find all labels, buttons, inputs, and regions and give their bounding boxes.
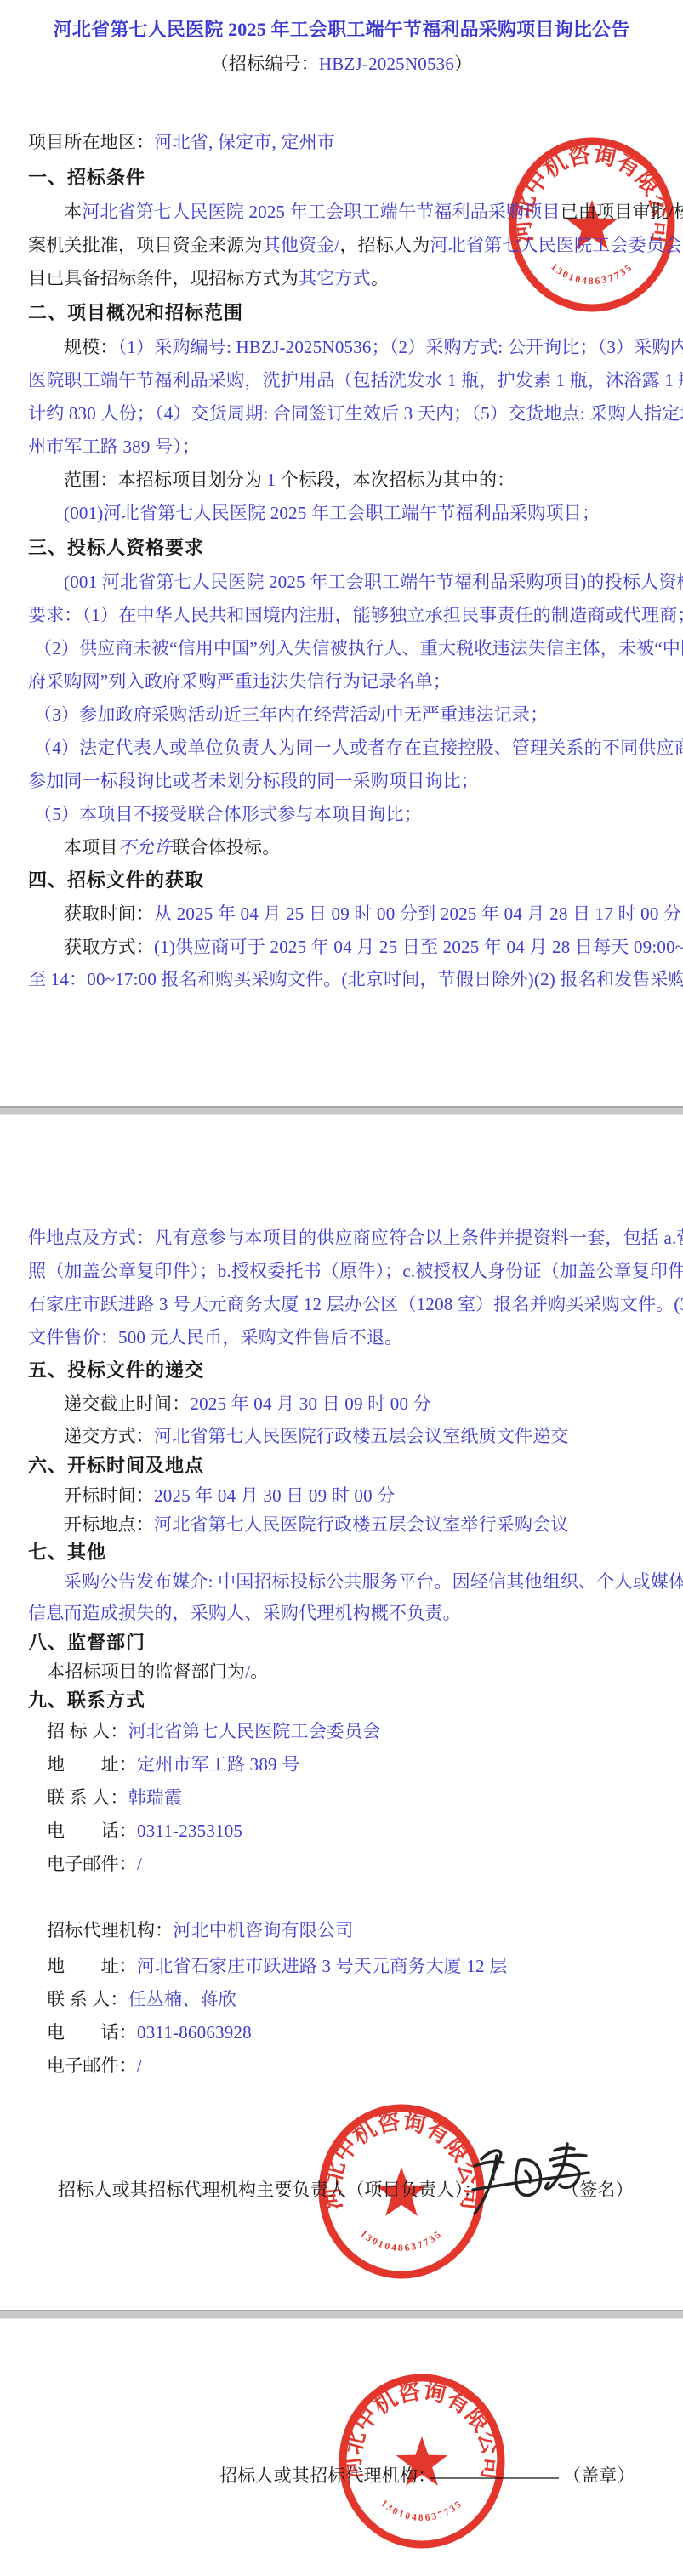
- text-run: （4）法定代表人或单位负责人为同一人或者存在直接控股、管理关系的不同供应商，不得: [34, 738, 683, 758]
- text-run: 信息而造成损失的，采购人、采购代理机构概不负责。: [28, 1603, 461, 1623]
- text-run: 1: [267, 470, 276, 490]
- text-run: （1）采购编号: HBZJ-2025N0536；（2）采购方式: 公开询比；（3…: [118, 337, 683, 357]
- text-line: 电 话：0311-86063928: [47, 2022, 252, 2043]
- text-run: 河北中机咨询有限公司: [173, 1920, 353, 1941]
- text-line: (001)河北省第七人民医院 2025 年工会职工端午节福利品采购项目；: [64, 503, 600, 524]
- text-run: 开标地点：: [64, 1514, 154, 1535]
- text-run: (001)河北省第七人民医院 2025 年工会职工端午节福利品采购项目；: [64, 503, 600, 523]
- text-line: 文件售价：500 元人民币，采购文件售后不退。: [28, 1327, 402, 1348]
- text-line: 电子邮件：/: [47, 1854, 142, 1875]
- text-run: （2）供应商未被“信用中国”列入失信被执行人、重大税收违法失信主体，未被“中国政: [34, 638, 683, 658]
- text-run: （签名）: [561, 2180, 634, 2200]
- text-run: 地 址：: [47, 1956, 137, 1976]
- text-run: 本项目: [64, 837, 118, 858]
- text-run: 一、招标条件: [28, 167, 145, 188]
- text-run: 电 话：: [47, 1821, 137, 1841]
- text-line: 项目所在地区：河北省, 保定市, 定州市: [28, 132, 335, 153]
- text-run: 不允许: [118, 837, 173, 858]
- text-run: 递交方式：: [64, 1426, 154, 1446]
- text-run: 河北省第七人民医院 2025 年工会职工端午节福利品采购项目: [82, 202, 561, 222]
- text-run: 二、项目概况和招标范围: [28, 302, 243, 323]
- company-seal-bottom: 河北中机咨询有限公司 1301048637735: [337, 2372, 507, 2550]
- text-line: 招标代理机构：河北中机咨询有限公司: [47, 1920, 353, 1941]
- text-run: 2025 年 04 月 30 日 09 时 00 分: [154, 1485, 395, 1506]
- text-run: 件地点及方式：凡有意参与本项目的供应商应符合以上条件并提资料一套，包括 a.营业…: [28, 1228, 683, 1248]
- handwritten-signature: [466, 2134, 594, 2219]
- text-run: 电子邮件：: [47, 1854, 137, 1874]
- document-canvas: 河北中机咨询有限公司 1301048637735 河北中机咨询有限公司 1301…: [0, 0, 683, 2576]
- text-run: 采购公告发布媒介: 中国招标投标公共服务平台。因轻信其他组织、个人或媒体提供的: [64, 1571, 683, 1592]
- text-run: 参加同一标段询比或者未划分标段的同一采购项目询比；: [28, 771, 479, 791]
- text-line: 递交方式：河北省第七人民医院行政楼五层会议室纸质文件递交: [64, 1426, 569, 1447]
- text-run: （5）本项目不接受联合体形式参与本项目询比；: [34, 804, 422, 824]
- text-run: 七、其他: [28, 1542, 106, 1563]
- text-run: /: [137, 2055, 142, 2076]
- text-run: (1)供应商可于 2025 年 04 月 25 日至 2025 年 04 月 2…: [154, 937, 683, 957]
- text-line: 获取时间：从 2025 年 04 月 25 日 09 时 00 分到 2025 …: [64, 903, 681, 925]
- text-run: 。: [371, 268, 389, 288]
- text-line: 招 标 人：河北省第七人民医院工会委员会: [47, 1721, 381, 1742]
- text-run: ，招标人为: [339, 235, 430, 255]
- text-line: 本招标项目的监督部门为/。: [47, 1661, 268, 1683]
- text-run: 。: [250, 1661, 268, 1682]
- seal-number-text: 1301048637735: [378, 2499, 464, 2523]
- text-line: 九、联系方式: [28, 1690, 145, 1711]
- seal-number-text: 1301048637735: [549, 262, 635, 287]
- text-run: 其它方式: [299, 268, 371, 288]
- page-separator-2: [0, 2310, 683, 2319]
- text-line: 联 系 人：韩瑞霞: [47, 1787, 182, 1809]
- signature-suffix: （签名）: [561, 2180, 634, 2201]
- text-run: 至 14：00~17:00 报名和购买采购文件。(北京时间，节假日除外)(2) …: [28, 969, 683, 989]
- text-run: 三、投标人资格要求: [28, 537, 204, 558]
- text-run: 医院职工端午节福利品采购，洗护用品（包括洗发水 1 瓶，护发素 1 瓶，沐浴露 …: [28, 370, 683, 390]
- text-line: (001 河北省第七人民医院 2025 年工会职工端午节福利品采购项目)的投标人…: [64, 572, 683, 593]
- signature-strokes: [473, 2144, 589, 2214]
- text-line: 五、投标文件的递交: [28, 1359, 204, 1381]
- text-run: 电子邮件：: [47, 2055, 137, 2076]
- company-seal-top: 河北中机咨询有限公司 1301048637735: [507, 135, 677, 314]
- text-line: （5）本项目不接受联合体形式参与本项目询比；: [34, 804, 422, 825]
- text-run: 已由项目审批/核准/备: [561, 202, 683, 222]
- text-run: 2025 年 04 月 30 日 09 时 00 分: [190, 1393, 430, 1414]
- text-run: 获取方式：: [64, 937, 154, 957]
- text-line: 一、招标条件: [28, 167, 145, 188]
- text-run: 招标人或其招标代理机构：: [219, 2465, 435, 2486]
- text-run: （盖章）: [563, 2465, 635, 2486]
- text-line: 至 14：00~17:00 报名和购买采购文件。(北京时间，节假日除外)(2) …: [28, 969, 683, 990]
- text-run: 获取时间：: [64, 903, 154, 924]
- text-line: 河北省第七人民医院 2025 年工会职工端午节福利品采购项目询比公告: [0, 19, 683, 40]
- text-run: 其他资金/: [263, 235, 340, 255]
- text-line: （3）参加政府采购活动近三年内在经营活动中无严重违法记录；: [34, 704, 548, 726]
- text-run: （招标编号：: [211, 54, 319, 74]
- text-run: 0311-2353105: [137, 1821, 242, 1841]
- text-line: （招标编号：HBZJ-2025N0536）: [0, 54, 683, 75]
- text-line: 石家庄市跃进路 3 号天元商务大厦 12 层办公区（1208 室）报名并购买采购…: [28, 1294, 683, 1315]
- text-line: 件地点及方式：凡有意参与本项目的供应商应符合以上条件并提资料一套，包括 a.营业…: [28, 1228, 683, 1249]
- text-line: 电子邮件：/: [47, 2055, 142, 2077]
- page-separator-1: [0, 1106, 683, 1115]
- text-run: 河北省第七人民医院工会委员会: [430, 235, 682, 255]
- text-line: 照（加盖公章复印件）；b.授权委托书（原件）；c.被授权人身份证（加盖公章复印件…: [28, 1261, 683, 1282]
- text-line: 信息而造成损失的，采购人、采购代理机构概不负责。: [28, 1603, 461, 1624]
- text-line: 本项目不允许联合体投标。: [64, 837, 280, 858]
- text-line: 三、投标人资格要求: [28, 537, 204, 558]
- text-run: 文件售价：500 元人民币，采购文件售后不退。: [28, 1327, 402, 1348]
- text-run: 河北省, 保定市, 定州市: [154, 132, 335, 152]
- text-run: 石家庄市跃进路 3 号天元商务大厦 12 层办公区（1208 室）报名并购买采购…: [28, 1294, 683, 1314]
- seal-number-text: 1301048637735: [358, 2229, 444, 2254]
- text-run: 联 系 人：: [47, 1989, 128, 2009]
- text-run: /: [137, 1854, 142, 1874]
- text-line: （2）供应商未被“信用中国”列入失信被执行人、重大税收违法失信主体，未被“中国政: [34, 638, 683, 659]
- text-run: 韩瑞霞: [128, 1787, 183, 1808]
- text-line: （4）法定代表人或单位负责人为同一人或者存在直接控股、管理关系的不同供应商，不得: [34, 738, 683, 759]
- text-line: 递交截止时间：2025 年 04 月 30 日 09 时 00 分: [64, 1393, 431, 1415]
- text-run: 0311-86063928: [137, 2022, 252, 2043]
- text-run: 河北省第七人民医院行政楼五层会议室纸质文件递交: [154, 1426, 569, 1446]
- text-line: 地 址：河北省石家庄市跃进路 3 号天元商务大厦 12 层: [47, 1956, 508, 1977]
- text-line: 开标时间：2025 年 04 月 30 日 09 时 00 分: [64, 1485, 395, 1507]
- text-run: 计约 830 人份；（4）交货周期: 合同签订生效后 3 天内；（5）交货地点:…: [28, 403, 683, 424]
- text-run: 电 话：: [47, 2022, 137, 2043]
- text-run: 州市军工路 389 号）；: [28, 436, 200, 457]
- text-line: 州市军工路 389 号）；: [28, 436, 200, 458]
- text-line: 联 系 人：任丛楠、蒋欣: [47, 1989, 236, 2010]
- text-run: 四、招标文件的获取: [28, 869, 204, 891]
- text-line: 府采购网”列入政府采购严重违法失信行为记录名单；: [28, 671, 451, 692]
- text-run: 要求：（1）在中华人民共和国境内注册，能够独立承担民事责任的制造商或代理商；: [28, 605, 683, 625]
- text-run: HBZJ-2025N0536: [319, 54, 454, 74]
- text-line: 四、招标文件的获取: [28, 869, 204, 891]
- text-line: 二、项目概况和招标范围: [28, 302, 243, 323]
- text-run: 招标人或其招标代理机构主要负责人（项目负责人）：: [58, 2180, 481, 2200]
- text-run: 范围：本招标项目划分为: [64, 470, 267, 490]
- text-run: 项目所在地区：: [28, 132, 154, 152]
- text-run: 招 标 人：: [47, 1721, 128, 1741]
- text-run: 六、开标时间及地点: [28, 1455, 204, 1476]
- text-run: 八、监督部门: [28, 1632, 145, 1653]
- text-run: 招标代理机构：: [47, 1920, 173, 1941]
- text-run: 定州市军工路 389 号: [137, 1754, 299, 1775]
- text-run: 河北省第七人民医院行政楼五层会议室举行采购会议: [154, 1514, 569, 1535]
- text-line: 七、其他: [28, 1542, 106, 1563]
- text-line: 目已具备招标条件，现招标方式为其它方式。: [28, 268, 389, 289]
- text-run: 开标时间：: [64, 1485, 154, 1506]
- signature-line-label: 招标人或其招标代理机构主要负责人（项目负责人）：: [58, 2180, 481, 2201]
- text-run: 从 2025 年 04 月 25 日 09 时 00 分到 2025 年 04 …: [154, 903, 681, 924]
- text-run: 联合体投标。: [172, 837, 280, 858]
- text-run: （3）参加政府采购活动近三年内在经营活动中无严重违法记录；: [34, 704, 548, 725]
- text-line: 八、监督部门: [28, 1632, 145, 1653]
- text-line: 参加同一标段询比或者未划分标段的同一采购项目询比；: [28, 771, 479, 792]
- text-run: 照（加盖公章复印件）；b.授权委托书（原件）；c.被授权人身份证（加盖公章复印件…: [28, 1261, 683, 1281]
- text-run: 规模：: [64, 337, 118, 357]
- text-run: 地 址：: [47, 1754, 137, 1775]
- text-run: 河北省第七人民医院 2025 年工会职工端午节福利品采购项目询比公告: [54, 19, 630, 40]
- text-line: 规模：（1）采购编号: HBZJ-2025N0536；（2）采购方式: 公开询比…: [64, 337, 683, 358]
- text-run: 本: [64, 202, 82, 222]
- text-run: 任丛楠、蒋欣: [128, 1989, 236, 2009]
- text-line: 本河北省第七人民医院 2025 年工会职工端午节福利品采购项目已由项目审批/核准…: [64, 202, 683, 223]
- text-run: 本招标项目的监督部门为: [47, 1661, 245, 1682]
- text-run: 五、投标文件的递交: [28, 1359, 204, 1381]
- text-run: 九、联系方式: [28, 1690, 145, 1711]
- text-line: 开标地点：河北省第七人民医院行政楼五层会议室举行采购会议: [64, 1514, 569, 1536]
- text-run: 递交截止时间：: [64, 1393, 190, 1414]
- text-line: 案机关批准，项目资金来源为其他资金/，招标人为河北省第七人民医院工会委员会。本项: [28, 235, 683, 256]
- text-run: ）: [454, 54, 472, 74]
- text-line: 地 址：定州市军工路 389 号: [47, 1754, 299, 1775]
- text-line: 范围：本招标项目划分为 1 个标段，本次招标为其中的：: [64, 470, 515, 491]
- text-line: 医院职工端午节福利品采购，洗护用品（包括洗发水 1 瓶，护发素 1 瓶，沐浴露 …: [28, 370, 683, 391]
- text-line: 采购公告发布媒介: 中国招标投标公共服务平台。因轻信其他组织、个人或媒体提供的: [64, 1571, 683, 1593]
- text-line: 电 话：0311-2353105: [47, 1821, 242, 1842]
- text-run: 案机关批准，项目资金来源为: [28, 235, 263, 255]
- text-line: 计约 830 人份；（4）交货周期: 合同签订生效后 3 天内；（5）交货地点:…: [28, 403, 683, 425]
- text-line: 获取方式：(1)供应商可于 2025 年 04 月 25 日至 2025 年 0…: [64, 937, 683, 958]
- text-run: 个标段，本次招标为其中的：: [276, 470, 515, 490]
- text-line: 六、开标时间及地点: [28, 1455, 204, 1476]
- text-run: 联 系 人：: [47, 1787, 128, 1808]
- text-run: 府采购网”列入政府采购严重违法失信行为记录名单；: [28, 671, 451, 692]
- text-run: 目已具备招标条件，现招标方式为: [28, 268, 299, 288]
- seal-suffix: （盖章）: [563, 2465, 635, 2487]
- text-line: 要求：（1）在中华人民共和国境内注册，能够独立承担民事责任的制造商或代理商；: [28, 605, 683, 626]
- text-run: 河北省石家庄市跃进路 3 号天元商务大厦 12 层: [137, 1956, 508, 1976]
- seal-line-label: 招标人或其招标代理机构：: [219, 2465, 435, 2487]
- text-run: 河北省第七人民医院工会委员会: [128, 1721, 381, 1741]
- text-run: (001 河北省第七人民医院 2025 年工会职工端午节福利品采购项目)的投标人…: [64, 572, 683, 592]
